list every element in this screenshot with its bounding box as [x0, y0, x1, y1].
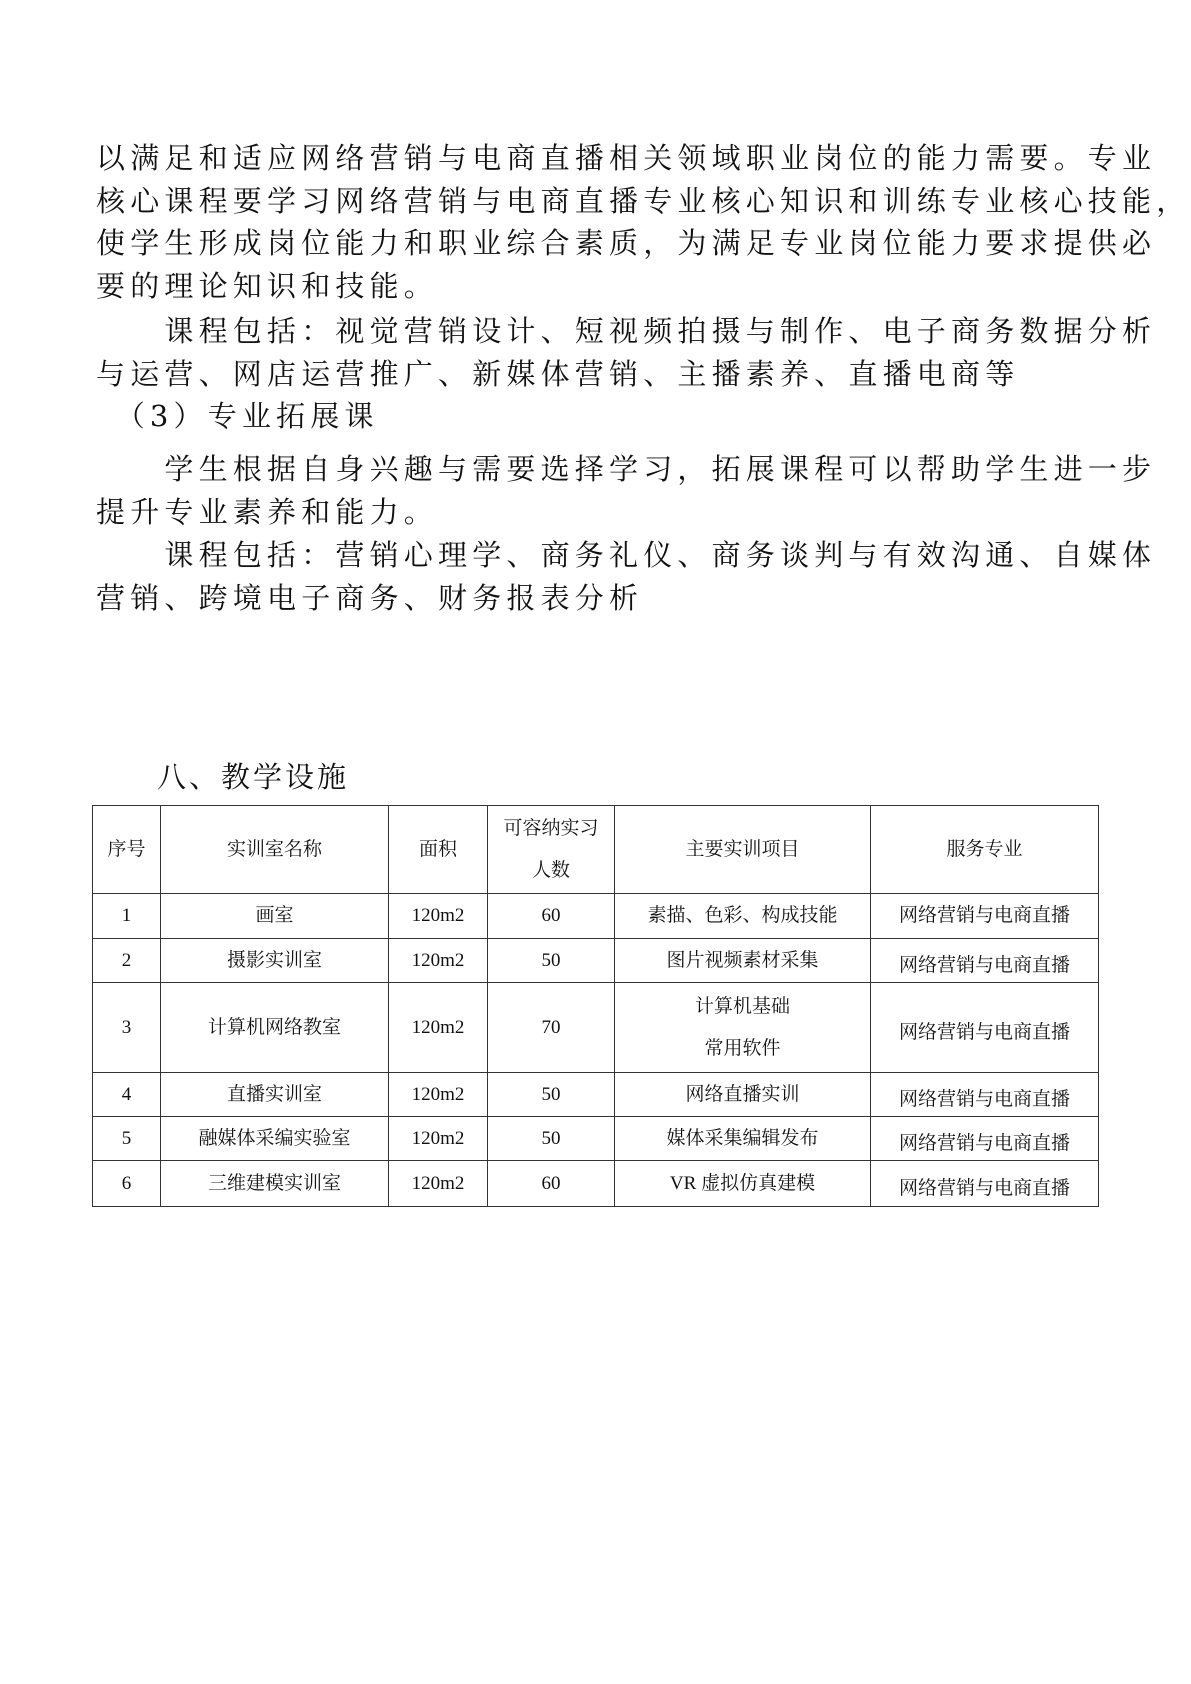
text-line: 学生根据自身兴趣与需要选择学习，拓展课程可以帮助学生进一步: [96, 448, 1096, 491]
cell-area: 120m2: [389, 983, 488, 1073]
cell-number: 5: [93, 1117, 161, 1161]
cell-capacity: 50: [488, 1117, 615, 1161]
served-major-text: 网络营销与电商直播: [899, 1089, 1070, 1110]
main-project-line1: 计算机基础: [619, 986, 866, 1028]
cell-capacity: 70: [488, 983, 615, 1073]
cell-number: 3: [93, 983, 161, 1073]
header-capacity-line2: 人数: [492, 850, 610, 892]
text-line: 以满足和适应网络营销与电商直播相关领域职业岗位的能力需要。专业: [96, 137, 1096, 180]
table-row: 5 融媒体采编实验室 120m2 50 媒体采集编辑发布 网络营销与电商直播: [93, 1117, 1099, 1161]
cell-number: 4: [93, 1073, 161, 1117]
cell-capacity: 60: [488, 1161, 615, 1207]
cell-served-major: 网络营销与电商直播: [871, 939, 1099, 983]
served-major-text: 网络营销与电商直播: [899, 955, 1070, 976]
cell-area: 120m2: [389, 939, 488, 983]
cell-room-name: 直播实训室: [161, 1073, 389, 1117]
text-line: 核心课程要学习网络营销与电商直播专业核心知识和训练专业核心技能，: [96, 180, 1096, 223]
header-cell-room-name: 实训室名称: [161, 806, 389, 894]
text-line: 使学生形成岗位能力和职业综合素质，为满足专业岗位能力要求提供必: [96, 222, 1096, 265]
cell-room-name: 摄影实训室: [161, 939, 389, 983]
header-cell-number: 序号: [93, 806, 161, 894]
cell-area: 120m2: [389, 1161, 488, 1207]
served-major-text: 网络营销与电商直播: [899, 905, 1070, 926]
paragraph-core-courses-intro: 以满足和适应网络营销与电商直播相关领域职业岗位的能力需要。专业 核心课程要学习网…: [96, 137, 1096, 307]
header-cell-area: 面积: [389, 806, 488, 894]
cell-capacity: 50: [488, 1073, 615, 1117]
cell-main-project: 计算机基础 常用软件: [615, 983, 871, 1073]
cell-room-name: 计算机网络教室: [161, 983, 389, 1073]
cell-main-project: 素描、色彩、构成技能: [615, 894, 871, 939]
served-major-text: 网络营销与电商直播: [899, 1022, 1070, 1043]
text-line: 提升专业素养和能力。: [96, 491, 1096, 534]
cell-served-major: 网络营销与电商直播: [871, 1073, 1099, 1117]
table-row: 2 摄影实训室 120m2 50 图片视频素材采集 网络营销与电商直播: [93, 939, 1099, 983]
table-row: 4 直播实训室 120m2 50 网络直播实训 网络营销与电商直播: [93, 1073, 1099, 1117]
table-header-row: 序号 实训室名称 面积 可容纳实习 人数 主要实训项目 服务专业: [93, 806, 1099, 894]
cell-area: 120m2: [389, 1073, 488, 1117]
facilities-table: 序号 实训室名称 面积 可容纳实习 人数 主要实训项目 服务专业 1 画室 12…: [92, 805, 1099, 1207]
table-row: 6 三维建模实训室 120m2 60 VR 虚拟仿真建模 网络营销与电商直播: [93, 1161, 1099, 1207]
text-line: 营销、跨境电子商务、财务报表分析: [96, 577, 1096, 620]
table-row: 1 画室 120m2 60 素描、色彩、构成技能 网络营销与电商直播: [93, 894, 1099, 939]
cell-capacity: 60: [488, 894, 615, 939]
cell-capacity: 50: [488, 939, 615, 983]
cell-room-name: 画室: [161, 894, 389, 939]
cell-number: 6: [93, 1161, 161, 1207]
header-cell-main-projects: 主要实训项目: [615, 806, 871, 894]
cell-served-major: 网络营销与电商直播: [871, 983, 1099, 1073]
paragraph-extension-course-list: 课程包括：营销心理学、商务礼仪、商务谈判与有效沟通、自媒体 营销、跨境电子商务、…: [96, 534, 1096, 619]
cell-area: 120m2: [389, 894, 488, 939]
cell-main-project: 图片视频素材采集: [615, 939, 871, 983]
cell-served-major: 网络营销与电商直播: [871, 1161, 1099, 1207]
cell-area: 120m2: [389, 1117, 488, 1161]
served-major-text: 网络营销与电商直播: [899, 1178, 1070, 1199]
section-heading-teaching-facilities: 八、教学设施: [157, 755, 349, 796]
paragraph-core-course-list: 课程包括：视觉营销设计、短视频拍摄与制作、电子商务数据分析 与运营、网店运营推广…: [96, 310, 1096, 395]
text-line: 要的理论知识和技能。: [96, 265, 1096, 308]
cell-main-project: VR 虚拟仿真建模: [615, 1161, 871, 1207]
cell-main-project: 网络直播实训: [615, 1073, 871, 1117]
cell-room-name: 融媒体采编实验室: [161, 1117, 389, 1161]
text-line: （3）专业拓展课: [96, 395, 1096, 438]
served-major-text: 网络营销与电商直播: [899, 1133, 1070, 1154]
cell-main-project: 媒体采集编辑发布: [615, 1117, 871, 1161]
header-capacity-line1: 可容纳实习: [492, 808, 610, 850]
cell-served-major: 网络营销与电商直播: [871, 894, 1099, 939]
text-line: 课程包括：营销心理学、商务礼仪、商务谈判与有效沟通、自媒体: [96, 534, 1096, 577]
cell-number: 1: [93, 894, 161, 939]
cell-room-name: 三维建模实训室: [161, 1161, 389, 1207]
main-project-line2: 常用软件: [619, 1028, 866, 1070]
table-row: 3 计算机网络教室 120m2 70 计算机基础 常用软件 网络营销与电商直播: [93, 983, 1099, 1073]
paragraph-extension-intro: 学生根据自身兴趣与需要选择学习，拓展课程可以帮助学生进一步 提升专业素养和能力。: [96, 448, 1096, 533]
header-cell-capacity: 可容纳实习 人数: [488, 806, 615, 894]
text-line: 与运营、网店运营推广、新媒体营销、主播素养、直播电商等: [96, 353, 1096, 396]
header-cell-served-major: 服务专业: [871, 806, 1099, 894]
cell-number: 2: [93, 939, 161, 983]
cell-served-major: 网络营销与电商直播: [871, 1117, 1099, 1161]
subheading-extension-courses: （3）专业拓展课: [96, 395, 1096, 438]
text-line: 课程包括：视觉营销设计、短视频拍摄与制作、电子商务数据分析: [96, 310, 1096, 353]
